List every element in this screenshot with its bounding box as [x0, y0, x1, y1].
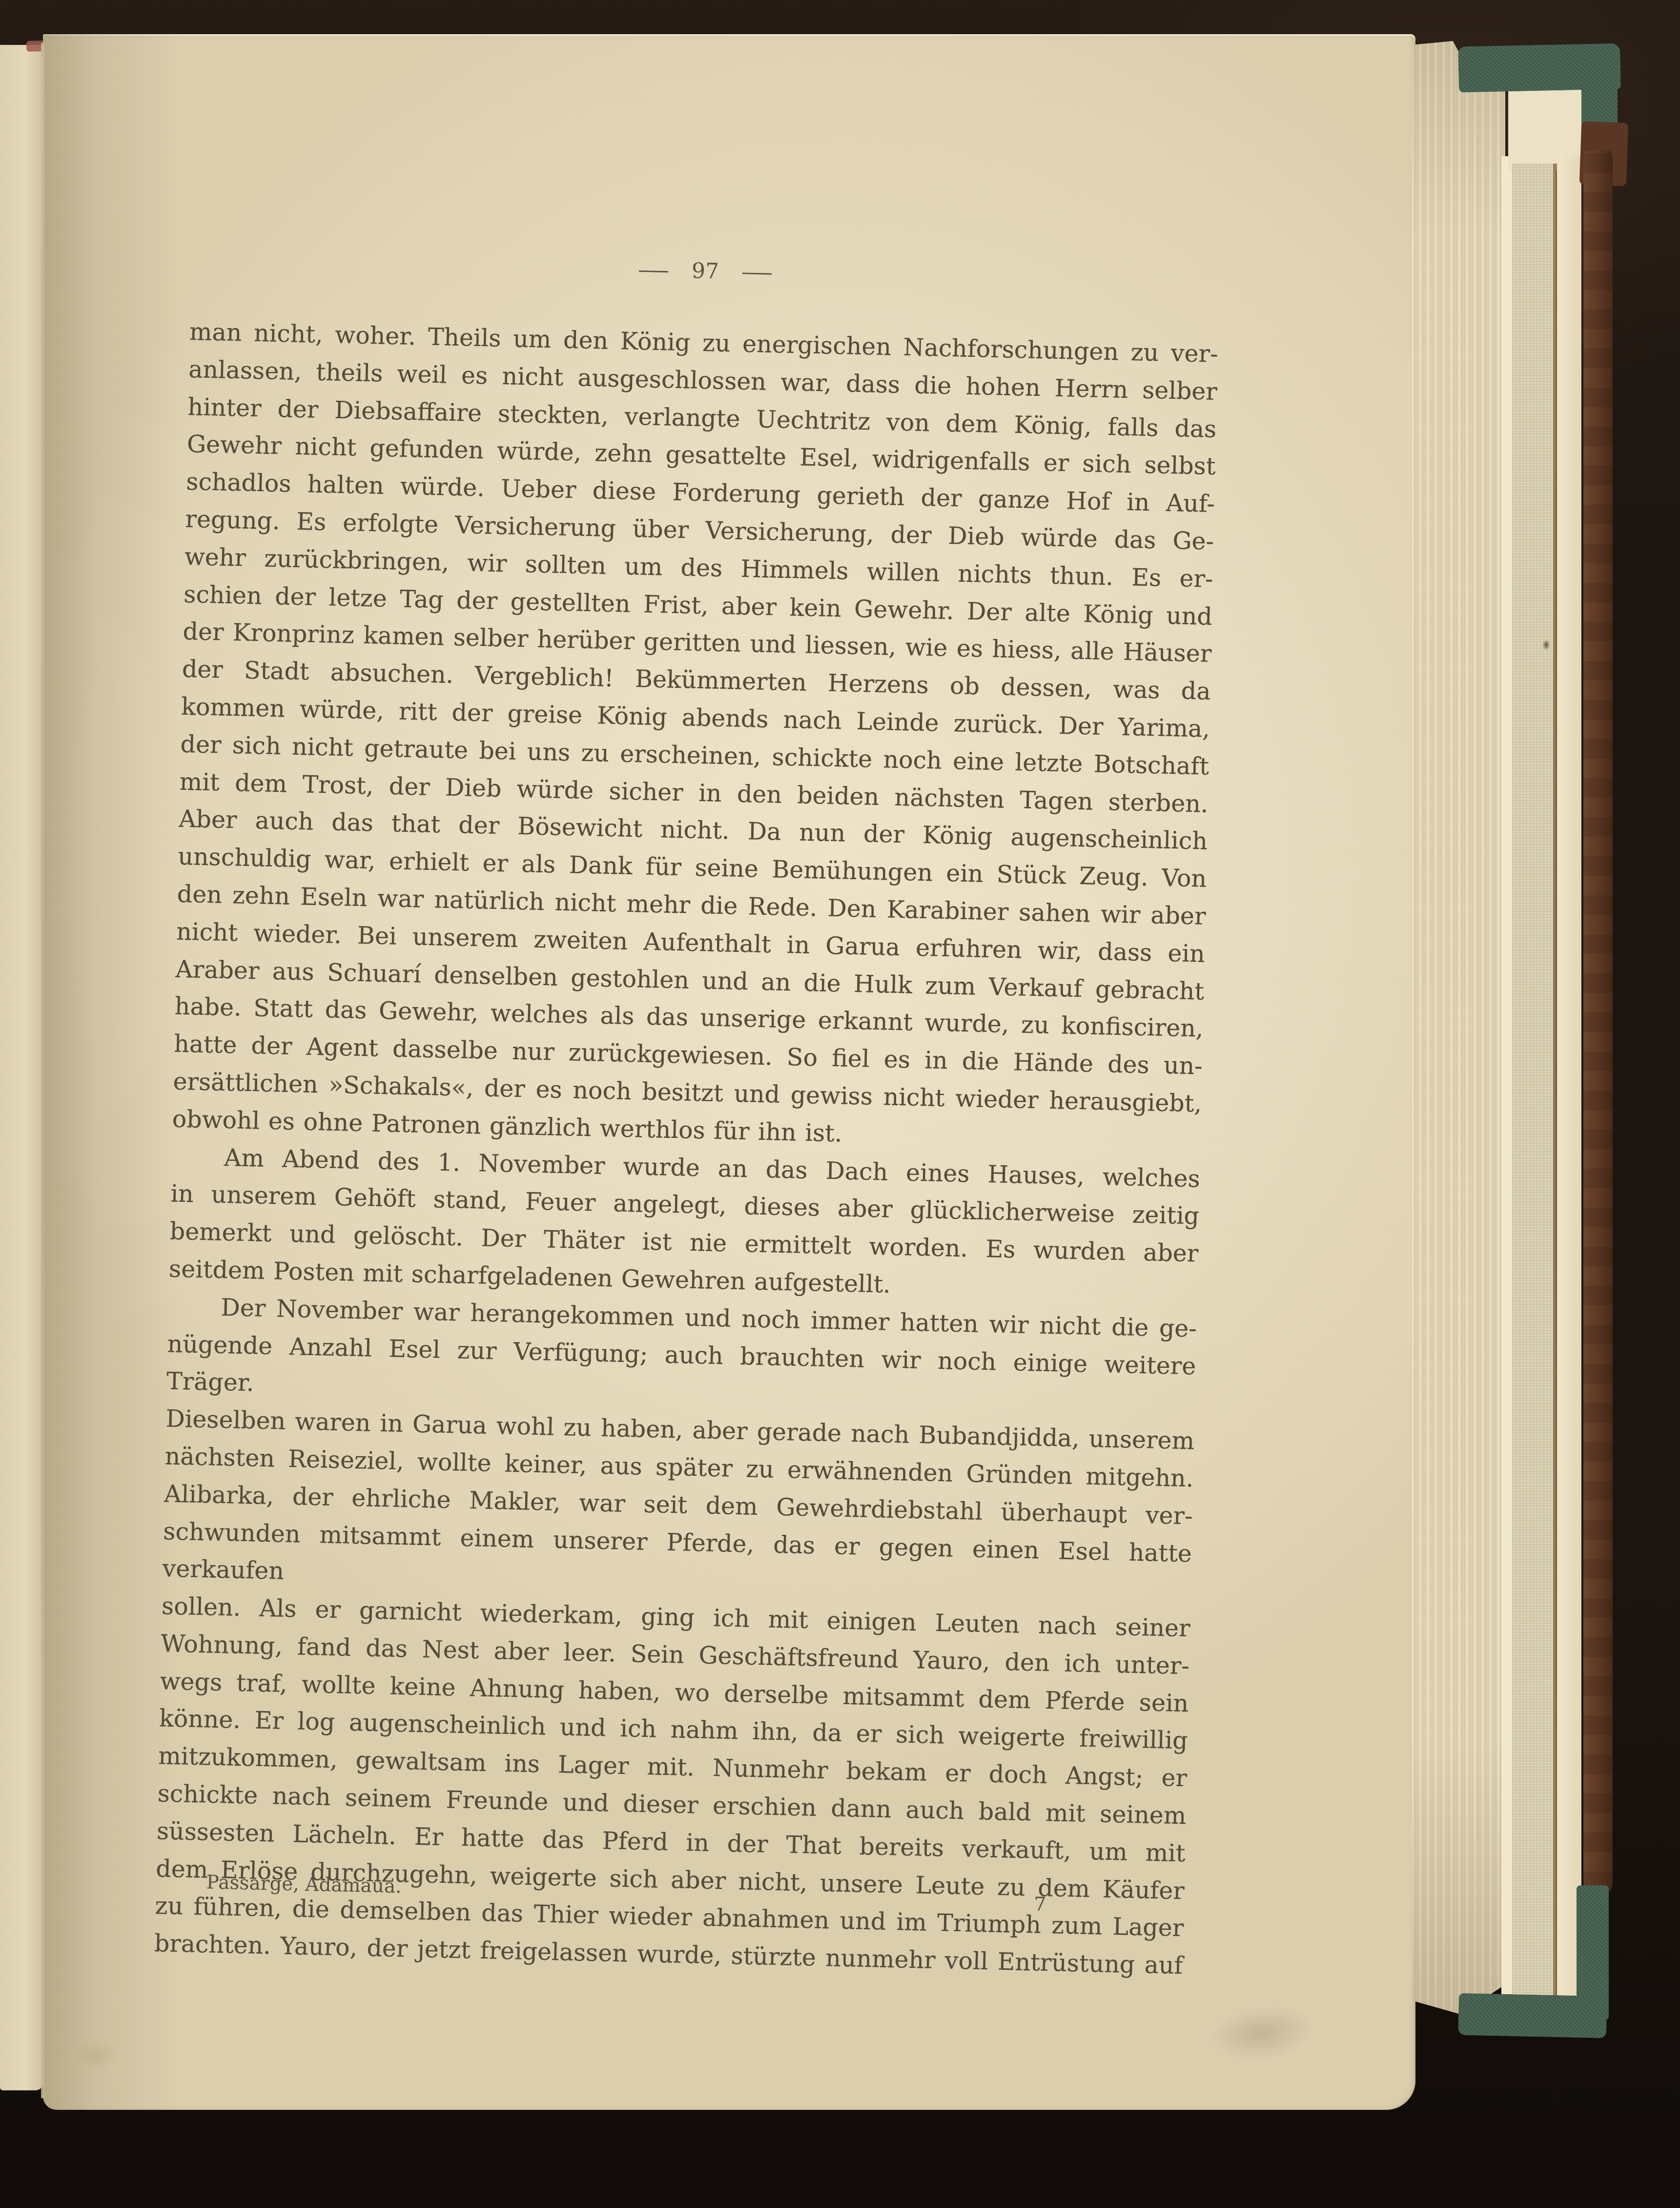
cover-board-edge [1557, 156, 1581, 2006]
foxing-spot [73, 2041, 117, 2070]
page-number: 97 [692, 258, 719, 284]
header-left-dash: — [637, 257, 670, 282]
book-photo-scene: — 97 — man nicht, woher. Theils um den K… [0, 0, 1680, 2208]
printed-text-layer: — 97 — man nicht, woher. Theils um den K… [154, 244, 1220, 1984]
page-block-fore-edge [1412, 41, 1505, 2014]
footer-sheet-number: 7 [1034, 1893, 1046, 1916]
endpaper-edge [1501, 156, 1512, 2006]
header-right-dash: — [740, 259, 773, 285]
cloth-hinge-band [1512, 164, 1556, 2005]
leather-spine-edge [1583, 150, 1613, 1891]
edge-stain [1542, 640, 1550, 650]
gutter-crease [41, 43, 44, 2098]
hinge-crease [1553, 164, 1557, 2005]
green-cloth-cover-bottom-corner [1458, 1993, 1607, 2038]
underlying-page-edge-left [0, 45, 44, 2090]
footer-book-signature: Passarge, Adamaua. [206, 1871, 402, 1898]
body-text: man nicht, woher. Theils um den König zu… [154, 313, 1218, 1985]
